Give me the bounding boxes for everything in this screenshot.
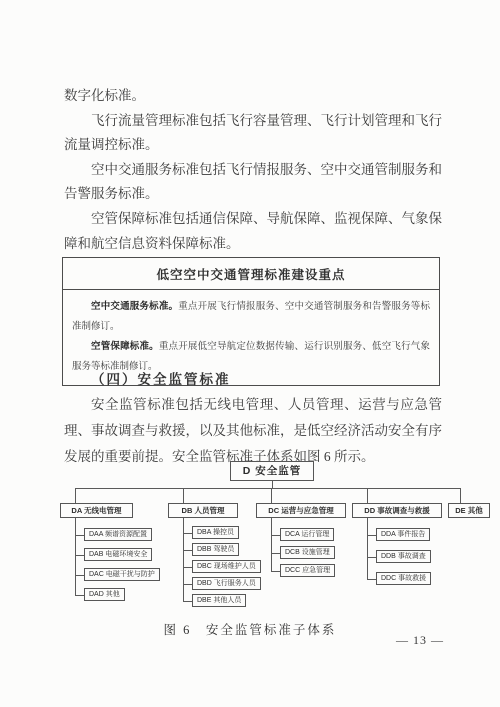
org-branch-box: DB 人员管理 bbox=[168, 503, 238, 518]
org-child-box: DDA 事件报告 bbox=[376, 528, 430, 541]
page-number: — 13 — bbox=[396, 633, 444, 648]
document-page: 数字化标准。 飞行流量管理标准包括飞行容量管理、飞行计划管理和飞行流量调控标准。… bbox=[0, 0, 500, 707]
key-points-title: 低空空中交通管理标准建设重点 bbox=[63, 258, 439, 290]
paragraph: 飞行流量管理标准包括飞行容量管理、飞行计划管理和飞行流量调控标准。 bbox=[64, 109, 442, 158]
key-point-item: 空中交通服务标准。重点开展飞行情报服务、空中交通管制服务和告警服务等标准制修订。 bbox=[72, 297, 430, 337]
connector-line bbox=[367, 579, 376, 580]
paragraph: 空管保障标准包括通信保障、导航保障、监视保障、气象保障和航空信息资料保障标准。 bbox=[64, 207, 442, 256]
key-point-lead: 空管保障标准。 bbox=[91, 342, 159, 352]
org-child-box: DBD 飞行服务人员 bbox=[192, 577, 261, 590]
org-chart: D 安全监管DA 无线电管理DAA 频谱资源配置DAB 电磁环境安全DAC 电磁… bbox=[0, 456, 500, 618]
connector-line bbox=[183, 550, 192, 551]
connector-line bbox=[183, 533, 192, 534]
body-paragraphs: 数字化标准。 飞行流量管理标准包括飞行容量管理、飞行计划管理和飞行流量调控标准。… bbox=[64, 84, 442, 256]
org-child-box: DBE 其他人员 bbox=[192, 594, 246, 607]
connector-line bbox=[183, 488, 184, 503]
paragraph: 数字化标准。 bbox=[64, 84, 442, 109]
org-child-box: DAD 其他 bbox=[84, 588, 125, 601]
org-root-box: D 安全监管 bbox=[230, 461, 314, 481]
connector-line bbox=[271, 571, 280, 572]
connector-line bbox=[183, 601, 192, 602]
connector-line bbox=[367, 518, 368, 579]
connector-line bbox=[271, 488, 272, 503]
org-branch-box: DD 事故调查与救援 bbox=[352, 503, 442, 518]
connector-line bbox=[271, 535, 280, 536]
connector-line bbox=[183, 584, 192, 585]
key-point-lead: 空中交通服务标准。 bbox=[91, 302, 178, 312]
org-child-box: DBC 现场维护人员 bbox=[192, 560, 261, 573]
connector-line bbox=[272, 481, 273, 488]
connector-line bbox=[75, 535, 84, 536]
org-branch-box: DE 其他 bbox=[448, 503, 490, 518]
org-child-box: DBA 操控员 bbox=[192, 526, 239, 539]
connector-line bbox=[75, 555, 84, 556]
connector-line bbox=[183, 518, 184, 601]
org-branch-box: DC 运营与应急管理 bbox=[256, 503, 346, 518]
org-child-box: DAC 电磁干扰与防护 bbox=[84, 568, 160, 581]
connector-line bbox=[367, 535, 376, 536]
org-child-box: DDC 事故救援 bbox=[376, 572, 431, 585]
connector-line bbox=[367, 488, 368, 503]
connector-line bbox=[75, 518, 76, 595]
org-child-box: DAA 频谱资源配置 bbox=[84, 528, 152, 541]
connector-line bbox=[75, 595, 84, 596]
key-points-box: 低空空中交通管理标准建设重点 空中交通服务标准。重点开展飞行情报服务、空中交通管… bbox=[62, 257, 440, 386]
connector-line bbox=[271, 518, 272, 571]
connector-line bbox=[460, 488, 461, 503]
section-heading: （四）安全监管标准 bbox=[64, 368, 442, 388]
connector-line bbox=[75, 488, 460, 489]
org-child-box: DCC 应急管理 bbox=[280, 564, 335, 577]
connector-line bbox=[75, 488, 76, 503]
connector-line bbox=[75, 575, 84, 576]
connector-line bbox=[271, 553, 280, 554]
org-child-box: DAB 电磁环境安全 bbox=[84, 548, 152, 561]
connector-line bbox=[183, 567, 192, 568]
connector-line bbox=[367, 557, 376, 558]
org-child-box: DCB 设施管理 bbox=[280, 546, 335, 559]
org-child-box: DDB 事故调查 bbox=[376, 550, 431, 563]
org-child-box: DCA 运行管理 bbox=[280, 528, 334, 541]
org-child-box: DBB 驾驶员 bbox=[192, 543, 239, 556]
paragraph: 空中交通服务标准包括飞行情报服务、空中交通管制服务和告警服务标准。 bbox=[64, 158, 442, 207]
org-branch-box: DA 无线电管理 bbox=[60, 503, 133, 518]
